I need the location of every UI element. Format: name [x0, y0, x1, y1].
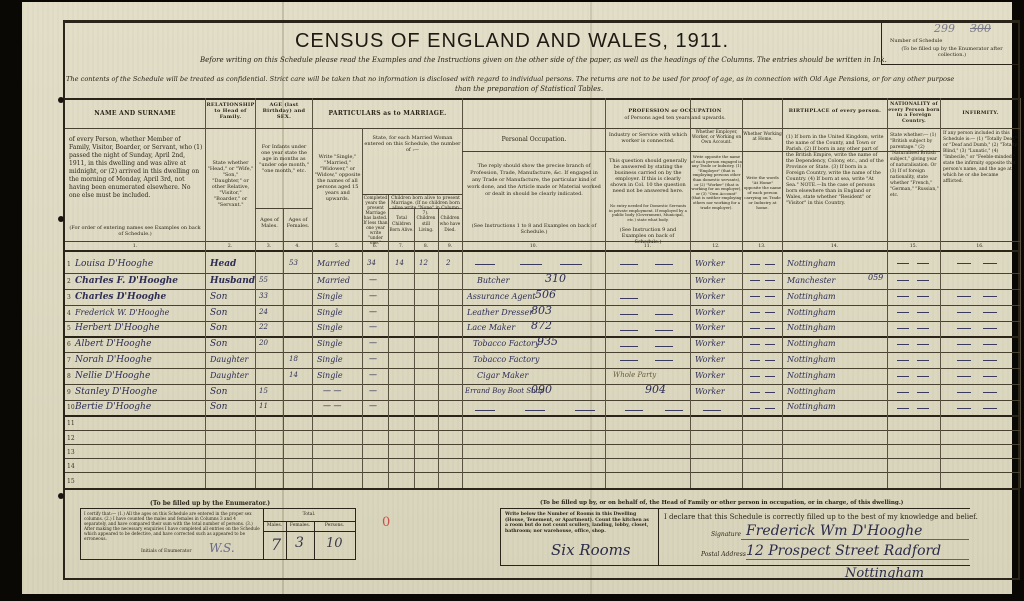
occupation-code: 803: [531, 304, 552, 317]
employment-status: Worker: [695, 355, 725, 364]
years-married: —: [369, 370, 377, 379]
years-married: —: [369, 338, 377, 347]
males-label: Males.: [263, 523, 286, 528]
empty-row-number: 11: [67, 420, 75, 427]
occupation: Assurance Agent: [467, 292, 536, 301]
empty-row-number: 14: [67, 463, 75, 470]
margin-code: 059: [868, 273, 883, 282]
children-living: 12: [419, 259, 428, 267]
header-age-body: For Infants under one year state the age…: [257, 144, 311, 174]
header-occupation-subtitle: of Persons aged ten years and upwards.: [463, 115, 887, 121]
header-industry-body: This question should generally be answer…: [608, 158, 688, 194]
empty-row-number: 13: [67, 449, 75, 456]
schedule-number-value: 299: [934, 22, 955, 35]
col-num-3: 3.: [255, 244, 283, 249]
signature-value: Frederick Wm D'Hooghe: [746, 523, 922, 539]
persons-label: Persons.: [314, 523, 355, 528]
years-married: —: [369, 291, 377, 300]
instructions-line-3: than the preparation of Statistical Tabl…: [455, 85, 603, 93]
employment-status: Worker: [695, 387, 725, 396]
employment-status: Worker: [695, 259, 725, 268]
marital-status: Single: [317, 323, 343, 332]
years-married: —: [369, 386, 377, 395]
birthplace: Nottingham: [787, 259, 836, 268]
occupation: Leather Dresser: [467, 308, 533, 317]
occupation-code: 872: [531, 319, 552, 332]
occupation: Lace Maker: [467, 323, 515, 332]
age-male: 15: [259, 387, 268, 395]
binder-hole: [58, 216, 64, 222]
header-children-died: Children who have Died.: [438, 216, 462, 234]
birthplace: Nottingham: [787, 371, 836, 380]
rooms-value: Six Rooms: [551, 541, 631, 559]
person-name: Nellie D'Hooghe: [75, 371, 150, 381]
header-home: Whether Working at Home.: [743, 132, 782, 142]
header-marriage: PARTICULARS as to MARRIAGE.: [313, 110, 462, 117]
col-num-11: 11.: [605, 244, 690, 249]
person-name: Norah D'Hooghe: [75, 355, 152, 365]
header-marriage-years: Completed years the present Marriage has…: [363, 196, 388, 246]
relationship: Husband: [210, 276, 255, 286]
age-male: 24: [259, 308, 268, 316]
col-num-1: 1.: [65, 244, 205, 249]
person-name: Charles F. D'Hooghe: [75, 276, 178, 286]
header-name-note: (For order of entering names see Example…: [67, 225, 203, 237]
header-children-living: Children still Living.: [414, 216, 438, 234]
marital-status: Single: [317, 355, 343, 364]
schedule-number-box: 299 300 Number of Schedule (To be filled…: [881, 22, 1019, 65]
schedule-number-label: Number of Schedule: [890, 38, 942, 44]
header-employer: Whether Employer, Worker, or Working on …: [691, 130, 742, 145]
empty-row-number: 15: [67, 478, 75, 485]
header-personal-occupation: Personal Occupation.: [463, 136, 605, 143]
enumerator-initials: W.S.: [209, 541, 235, 555]
years-married: 34: [367, 259, 376, 267]
birthplace: Nottingham: [787, 323, 836, 332]
signature-label: Signature: [711, 531, 741, 538]
rooms-instruction: Write below the Number of Rooms in this …: [505, 512, 653, 534]
header-name-body: of every Person, whether Member of Famil…: [69, 136, 203, 200]
employment-status: Worker: [695, 308, 725, 317]
col-num-12: 12.: [690, 244, 742, 249]
years-married: —: [369, 275, 377, 284]
header-personal-body: The reply should show the precise branch…: [467, 163, 601, 198]
relationship: Head: [210, 259, 236, 269]
header-industry: Industry or Service with which worker is…: [606, 132, 690, 144]
marital-status: — —: [323, 386, 342, 395]
age-female: 53: [289, 259, 298, 267]
marital-status: Single: [317, 371, 343, 380]
birthplace: Nottingham: [787, 355, 836, 364]
document-title: CENSUS OF ENGLAND AND WALES, 1911.: [0, 30, 1024, 53]
occupation: Tobacco Factory: [473, 355, 539, 364]
relationship: Son: [210, 402, 227, 412]
col-num-2: 2.: [205, 244, 255, 249]
occupation: Cigar Maker: [477, 371, 528, 380]
years-married: —: [369, 354, 377, 363]
col-num-6: 6.: [362, 244, 388, 249]
employment-status: Worker: [695, 276, 725, 285]
age-male: 20: [259, 339, 268, 347]
age-male: 33: [259, 292, 268, 300]
occupation-code: 506: [535, 288, 556, 301]
header-industry-note: (See Instruction 9 and Examples on back …: [608, 227, 688, 245]
header-birthplace-body: (1) If born in the United Kingdom, write…: [786, 135, 885, 207]
address-line-2: Nottingham: [845, 566, 924, 581]
header-relationship: RELATIONSHIP to Head of Family.: [206, 102, 255, 120]
person-name: Louisa D'Hooghe: [75, 259, 153, 269]
birthplace: Nottingham: [787, 308, 836, 317]
age-male: 55: [259, 276, 268, 284]
person-name: Bertie D'Hooghe: [75, 402, 151, 412]
red-mark: 0: [382, 515, 390, 530]
instructions-line-2: The contents of the Schedule will be tre…: [66, 75, 954, 83]
header-children-total: Total Children Born Alive.: [389, 216, 414, 234]
header-name: NAME AND SURNAME: [65, 110, 205, 117]
marital-status: Single: [317, 292, 343, 301]
header-marriage-state: State, for each Married Woman entered on…: [363, 135, 462, 153]
schedule-number-note: (To be filled up by the Enumerator after…: [888, 46, 1016, 58]
birthplace: Nottingham: [787, 339, 836, 348]
children-died: 2: [446, 259, 450, 267]
instructions-line-1: Before writing on this Schedule please r…: [200, 56, 887, 64]
age-male: 22: [259, 323, 268, 331]
years-married: —: [369, 322, 377, 331]
binder-hole: [58, 493, 64, 499]
address-line-1: 12 Prospect Street Radford: [746, 543, 941, 559]
person-name: Herbert D'Hooghe: [75, 323, 160, 333]
relationship: Daughter: [210, 355, 248, 364]
persons-total: 10: [326, 536, 343, 551]
header-marriage-write: Write "Single," "Married," "Widower," or…: [314, 154, 361, 202]
employment-status: Worker: [695, 339, 725, 348]
header-nationality-body: State whether:— (1) "British subject by …: [890, 133, 939, 199]
header-age-females: Ages of Females.: [284, 217, 312, 229]
col-num-8: 8.: [414, 244, 438, 249]
enumerator-box: I certify that:— (1.) All the ages on th…: [80, 508, 356, 560]
birthplace: Nottingham: [787, 292, 836, 301]
relationship: Son: [210, 308, 227, 318]
enumerator-initials-label: Initials of Enumerator: [141, 549, 192, 554]
header-industry-small: No entry needed for Domestic Servants in…: [608, 204, 688, 222]
females-total: 3: [295, 535, 304, 551]
col-num-15: 15.: [887, 244, 940, 249]
person-name: Albert D'Hooghe: [75, 339, 152, 349]
header-age: AGE (last Birthday) and SEX.: [256, 102, 312, 120]
header-personal-note: (See Instructions 1 to 8 and Examples on…: [467, 223, 601, 235]
header-infirmity-body: If any person included in this Schedule …: [943, 131, 1018, 185]
header-marriage-children: Children born alive to present Marriage.…: [389, 196, 462, 216]
enumerator-heading: (To be filled up by the Enumerator.): [150, 500, 270, 507]
col-num-7: 7.: [388, 244, 414, 249]
marital-status: Single: [317, 339, 343, 348]
header-home-body: Write the words "At Home" opposite the n…: [743, 175, 782, 210]
age-female: 14: [289, 371, 298, 379]
relationship: Son: [210, 292, 227, 302]
years-married: —: [369, 401, 377, 410]
marital-status: Married: [317, 259, 350, 268]
census-table: NAME AND SURNAME of every Person, whethe…: [65, 98, 1020, 490]
employment-status: Worker: [695, 323, 725, 332]
age-female: 18: [289, 355, 298, 363]
years-married: —: [369, 307, 377, 316]
marital-status: — —: [323, 401, 342, 410]
person-name: Frederick W. D'Hooghe: [75, 308, 169, 317]
employment-status: Worker: [695, 292, 725, 301]
occupation-code: 090: [531, 383, 552, 396]
empty-row-number: 12: [67, 435, 75, 442]
occupation: Butcher: [477, 276, 509, 285]
col-num-16: 16.: [940, 244, 1020, 249]
birthplace: Nottingham: [787, 387, 836, 396]
header-infirmity: INFIRMITY.: [941, 110, 1020, 116]
col-num-10: 10.: [462, 244, 605, 249]
males-total: 7: [271, 535, 281, 554]
relationship: Son: [210, 387, 227, 397]
col-num-13: 13.: [742, 244, 782, 249]
header-employer-body: Write opposite the name of each person e…: [691, 155, 742, 210]
employment-status: Worker: [695, 371, 725, 380]
col-num-5: 5.: [312, 244, 362, 249]
address-label: Postal Address: [701, 551, 746, 558]
head-box: Write below the Number of Rooms in this …: [500, 508, 970, 566]
children-born: 14: [395, 259, 404, 267]
person-name: Charles D'Hooghe: [75, 292, 166, 302]
schedule-number-struck: 300: [970, 22, 991, 35]
birthplace: Nottingham: [787, 402, 836, 411]
total-label: Total.: [263, 512, 355, 517]
binder-hole: [58, 97, 64, 103]
enumerator-certify: I certify that:— (1.) All the ages on th…: [84, 511, 260, 541]
marital-status: Single: [317, 308, 343, 317]
occupation-code: 935: [537, 335, 558, 348]
person-name: Stanley D'Hooghe: [75, 387, 157, 397]
occupation: Tobacco Factory: [473, 339, 539, 348]
declaration-text: I declare that this Schedule is correctl…: [664, 513, 978, 521]
head-heading: (To be filled up by, or on behalf of, th…: [540, 500, 903, 506]
header-nationality: NATIONALITY of every Person born in a Fo…: [888, 102, 940, 124]
age-male: 11: [259, 402, 268, 410]
col-num-4: 4.: [283, 244, 312, 249]
relationship: Daughter: [210, 371, 248, 380]
header-birthplace: BIRTHPLACE of every person.: [783, 108, 887, 114]
females-label: Females.: [286, 523, 314, 528]
header-relationship-body: State whether "Head," or "Wife," "Son," …: [207, 160, 254, 208]
header-age-males: Ages of Males.: [256, 217, 283, 229]
occupation-code: 310: [545, 272, 566, 285]
col-num-9: 9.: [438, 244, 462, 249]
birthplace: Manchester: [787, 276, 835, 285]
industry-code: 904: [645, 383, 666, 396]
industry: Whole Party: [613, 371, 656, 379]
col-num-14: 14.: [782, 244, 887, 249]
relationship: Son: [210, 339, 227, 349]
marital-status: Married: [317, 276, 350, 285]
relationship: Son: [210, 323, 227, 333]
